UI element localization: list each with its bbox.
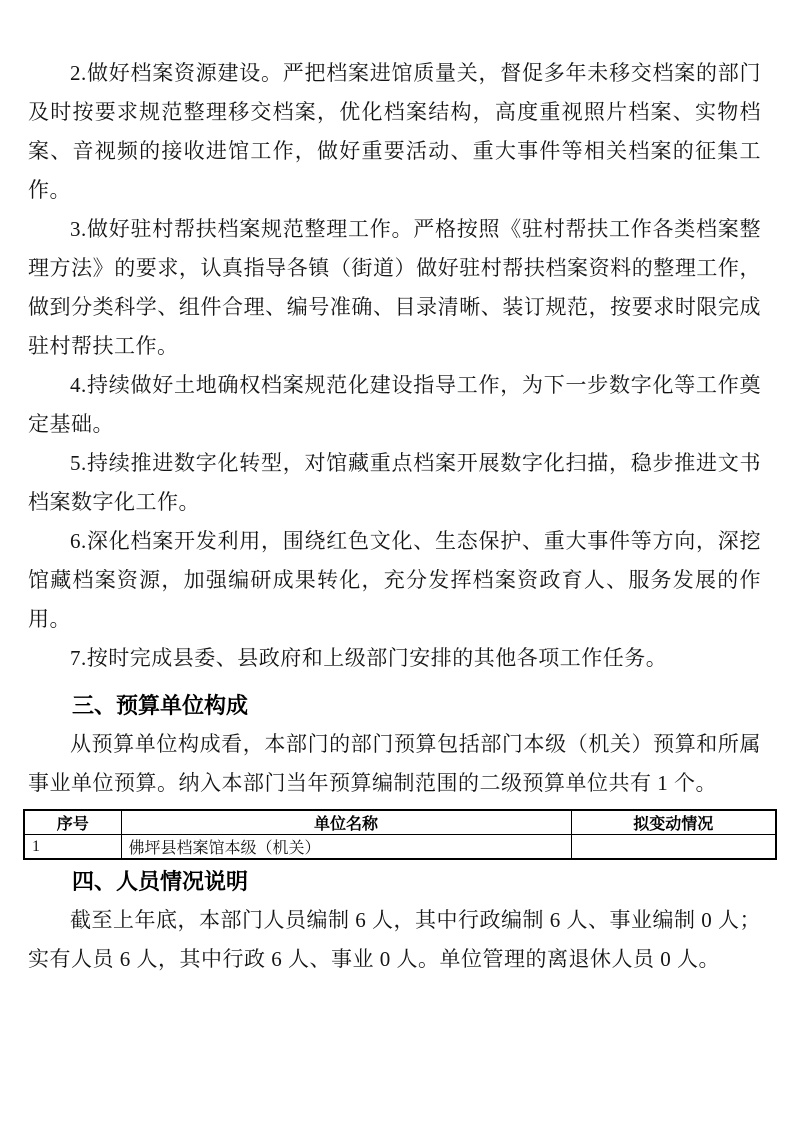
cell-planned-change: [571, 835, 776, 860]
paragraph-task-6: 6.深化档案开发利用，围绕红色文化、生态保护、重大事件等方向，深挖馆藏档案资源，…: [28, 522, 761, 639]
budget-units-table: 序号 单位名称 拟变动情况 1 佛坪县档案馆本级（机关）: [23, 809, 777, 860]
table-header-row: 序号 单位名称 拟变动情况: [24, 810, 776, 835]
paragraph-task-7: 7.按时完成县委、县政府和上级部门安排的其他各项工作任务。: [28, 639, 761, 678]
budget-units-table-header: 序号 单位名称 拟变动情况: [24, 810, 776, 835]
document-page: 2.做好档案资源建设。严把档案进馆质量关，督促多年未移交档案的部门及时按要求规范…: [0, 0, 793, 1122]
header-cell-serial-number: 序号: [24, 810, 121, 835]
cell-unit-name: 佛坪县档案馆本级（机关）: [121, 835, 571, 860]
section-heading-budget-units: 三、预算单位构成: [28, 686, 761, 725]
header-cell-unit-name: 单位名称: [121, 810, 571, 835]
paragraph-task-4: 4.持续做好土地确权档案规范化建设指导工作，为下一步数字化等工作奠定基础。: [28, 366, 761, 444]
section-heading-personnel: 四、人员情况说明: [28, 862, 761, 901]
header-cell-planned-change: 拟变动情况: [571, 810, 776, 835]
paragraph-task-3: 3.做好驻村帮扶档案规范整理工作。严格按照《驻村帮扶工作各类档案整理方法》的要求…: [28, 210, 761, 366]
paragraph-task-5: 5.持续推进数字化转型，对馆藏重点档案开展数字化扫描，稳步推进文书档案数字化工作…: [28, 444, 761, 522]
table-row: 1 佛坪县档案馆本级（机关）: [24, 835, 776, 860]
budget-units-table-body: 1 佛坪县档案馆本级（机关）: [24, 835, 776, 860]
paragraph-personnel: 截至上年底，本部门人员编制 6 人，其中行政编制 6 人、事业编制 0 人；实有…: [28, 901, 761, 979]
paragraph-budget-units: 从预算单位构成看，本部门的部门预算包括部门本级（机关）预算和所属事业单位预算。纳…: [28, 725, 761, 803]
cell-serial-number: 1: [24, 835, 121, 860]
paragraph-task-2: 2.做好档案资源建设。严把档案进馆质量关，督促多年未移交档案的部门及时按要求规范…: [28, 54, 761, 210]
